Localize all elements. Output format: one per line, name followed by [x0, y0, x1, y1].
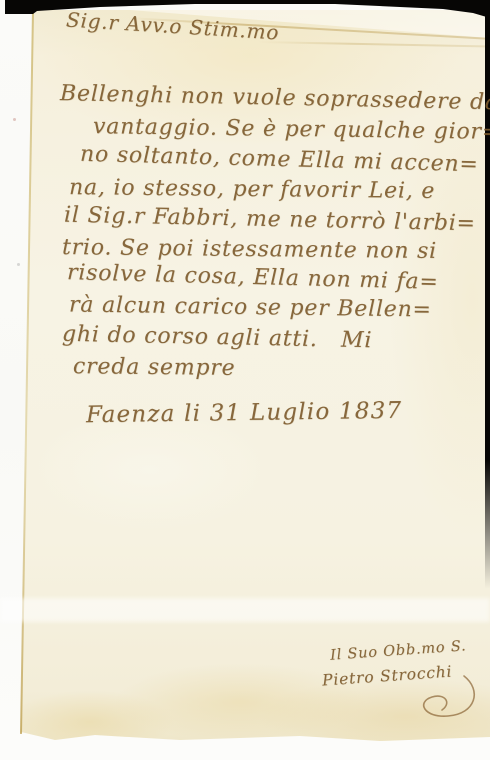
- letter-body-line: rà alcun carico se per Bellen=: [69, 292, 432, 322]
- letter-dateline: Faenza li 31 Luglio 1837: [86, 398, 403, 428]
- letter-body-line: trio. Se poi istessamente non si: [62, 235, 437, 264]
- scan-speck: [13, 118, 16, 121]
- letter-body-line: creda sempre: [73, 354, 236, 381]
- signature-flourish-icon: [392, 672, 490, 730]
- scanned-letter-image: Sig.r Avv.o Stim.mo Bellenghi non vuole …: [0, 0, 490, 760]
- scan-light-band: [0, 598, 490, 622]
- letter-body-line: na, io stesso, per favorir Lei, e: [69, 175, 435, 204]
- scan-speck: [17, 263, 20, 266]
